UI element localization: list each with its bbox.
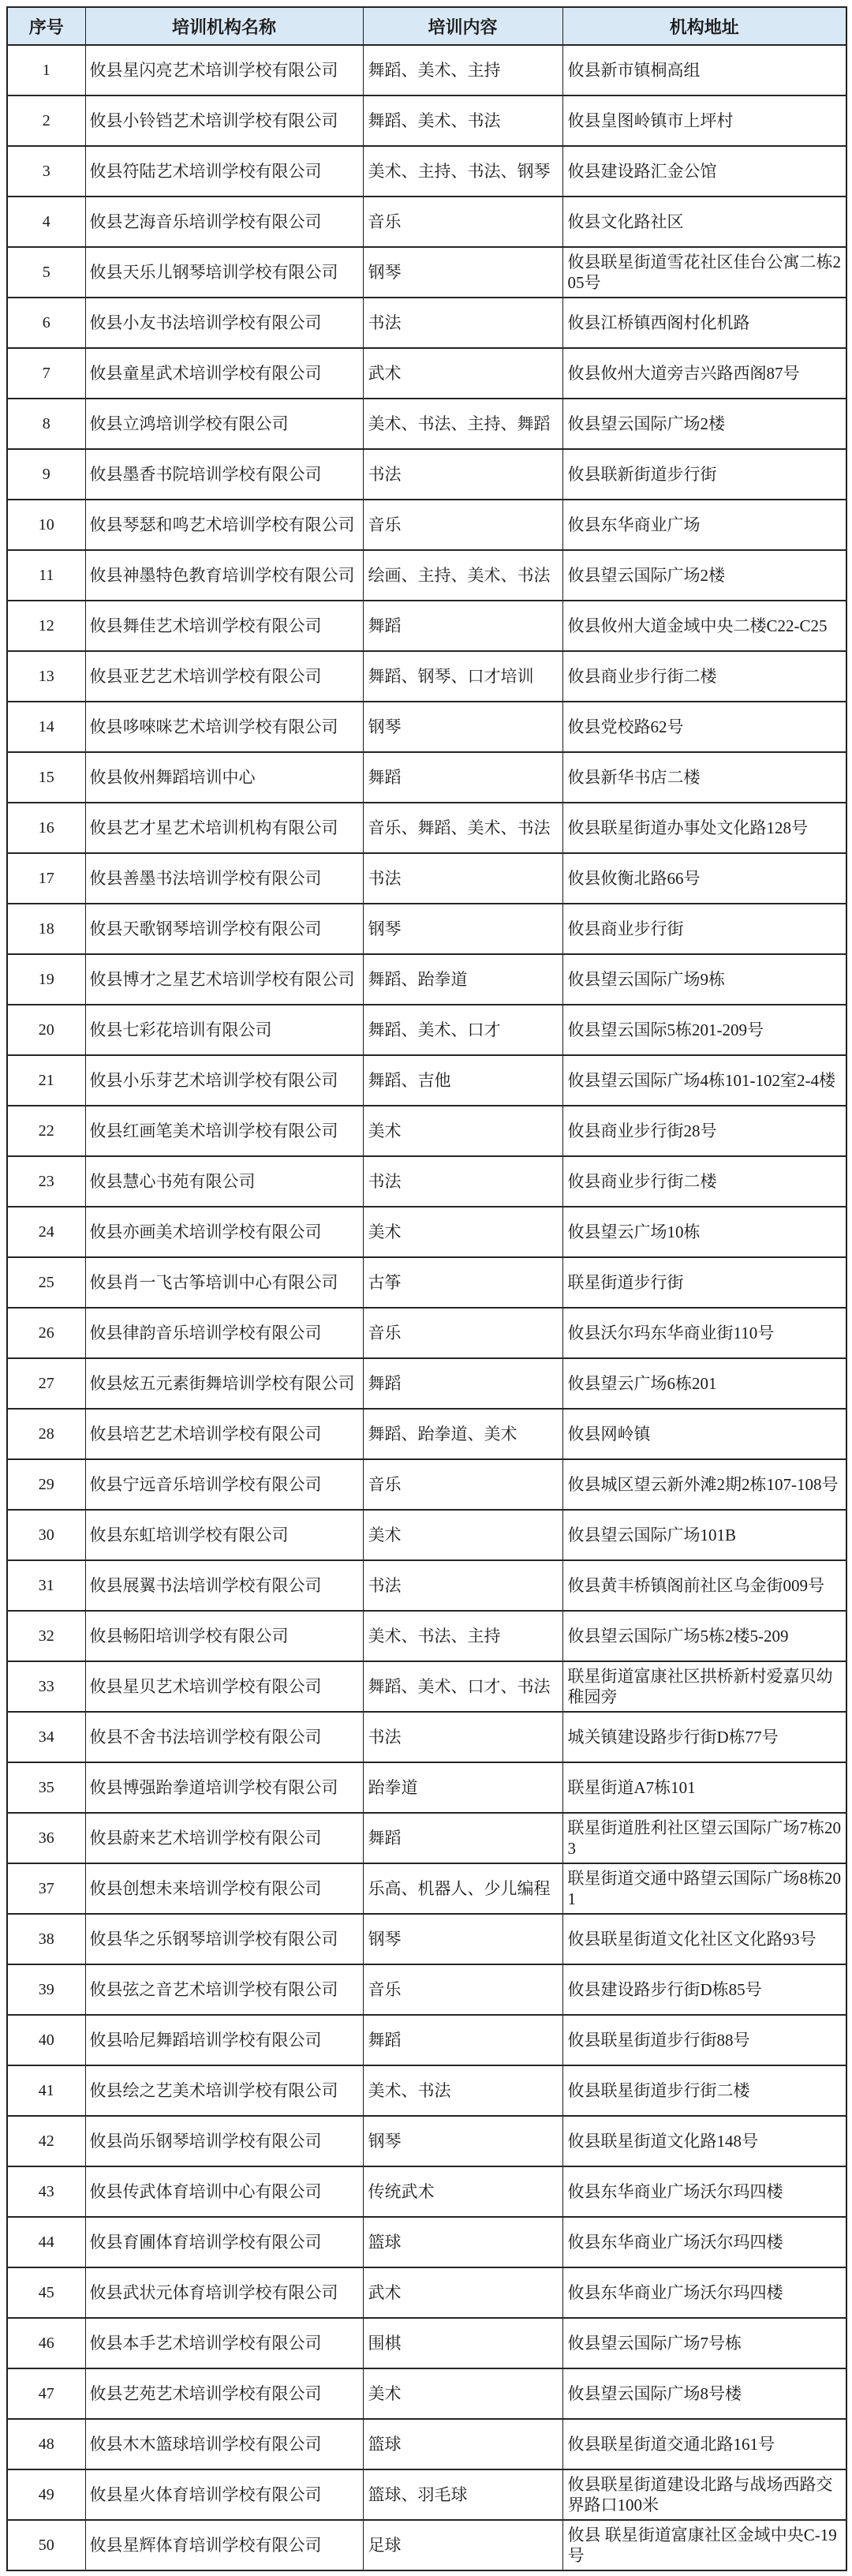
table-row: 6 攸县小友书法培训学校有限公司 书法 攸县江桥镇西阁村化机路	[7, 298, 846, 348]
training-content-cell: 舞蹈、美术、口才	[363, 1005, 562, 1055]
training-content-cell: 音乐、舞蹈、美术、书法	[363, 803, 562, 853]
table-row: 49 攸县星火体育培训学校有限公司 篮球、羽毛球 攸县联星街道建设北路与战场西路…	[7, 2469, 846, 2520]
institution-address-cell: 攸县网岭镇	[562, 1409, 846, 1459]
institution-address-cell: 联星街道富康社区拱桥新村爱嘉贝幼稚园旁	[562, 1661, 846, 1712]
row-index-cell: 16	[7, 803, 85, 853]
table-row: 15 攸县攸州舞蹈培训中心 舞蹈 攸县新华书店二楼	[7, 752, 846, 803]
table-row: 1 攸县星闪亮艺术培训学校有限公司 舞蹈、美术、主持 攸县新市镇桐高组	[7, 45, 846, 95]
table-row: 16 攸县艺才星艺术培训机构有限公司 音乐、舞蹈、美术、书法 攸县联星街道办事处…	[7, 803, 846, 853]
table-body: 1 攸县星闪亮艺术培训学校有限公司 舞蹈、美术、主持 攸县新市镇桐高组 2 攸县…	[7, 45, 846, 2570]
training-content-cell: 钢琴	[363, 1914, 562, 1964]
institution-address-cell: 攸县黄丰桥镇阁前社区乌金街009号	[562, 1560, 846, 1611]
training-content-cell: 美术、书法	[363, 2065, 562, 2116]
table-row: 32 攸县畅阳培训学校有限公司 美术、书法、主持 攸县望云国际广场5栋2楼5-2…	[7, 1611, 846, 1661]
training-content-cell: 书法	[363, 1560, 562, 1611]
institution-address-cell: 攸县商业步行街28号	[562, 1106, 846, 1156]
row-index-cell: 27	[7, 1358, 85, 1409]
institution-name-cell: 攸县畅阳培训学校有限公司	[85, 1611, 363, 1661]
institution-name-cell: 攸县博强跆拳道培训学校有限公司	[85, 1762, 363, 1813]
institution-name-cell: 攸县星闪亮艺术培训学校有限公司	[85, 45, 363, 95]
institution-name-cell: 攸县东虹培训学校有限公司	[85, 1510, 363, 1560]
institution-address-cell: 攸县联星街道文化路148号	[562, 2116, 846, 2166]
row-index-cell: 41	[7, 2065, 85, 2116]
row-index-cell: 21	[7, 1055, 85, 1106]
training-content-cell: 美术	[363, 1106, 562, 1156]
training-content-cell: 舞蹈、钢琴、口才培训	[363, 651, 562, 702]
row-index-cell: 33	[7, 1661, 85, 1712]
row-index-cell: 47	[7, 2368, 85, 2419]
row-index-cell: 42	[7, 2116, 85, 2166]
row-index-cell: 45	[7, 2267, 85, 2318]
table-row: 2 攸县小铃铛艺术培训学校有限公司 舞蹈、美术、书法 攸县皇图岭镇市上坪村	[7, 95, 846, 146]
training-content-cell: 音乐	[363, 500, 562, 550]
table-row: 37 攸县创想未来培训学校有限公司 乐高、机器人、少儿编程 联星街道交通中路望云…	[7, 1863, 846, 1914]
row-index-cell: 48	[7, 2419, 85, 2469]
training-content-cell: 美术、主持、书法、钢琴	[363, 146, 562, 197]
row-index-cell: 25	[7, 1257, 85, 1308]
training-content-cell: 书法	[363, 1712, 562, 1762]
page: 序号 培训机构名称 培训内容 机构地址 1 攸县星闪亮艺术培训学校有限公司 舞蹈…	[0, 0, 852, 2576]
institution-address-cell: 攸县商业步行街二楼	[562, 1156, 846, 1207]
institution-name-cell: 攸县艺才星艺术培训机构有限公司	[85, 803, 363, 853]
table-row: 38 攸县华之乐钢琴培训学校有限公司 钢琴 攸县联星街道文化社区文化路93号	[7, 1914, 846, 1964]
table-row: 40 攸县哈尼舞蹈培训学校有限公司 舞蹈 攸县联星街道步行街88号	[7, 2015, 846, 2065]
table-row: 31 攸县展翼书法培训学校有限公司 书法 攸县黄丰桥镇阁前社区乌金街009号	[7, 1560, 846, 1611]
row-index-cell: 26	[7, 1308, 85, 1358]
row-index-cell: 8	[7, 399, 85, 449]
institution-address-cell: 攸县联星街道雪花社区佳台公寓二栋205号	[562, 247, 846, 298]
training-content-cell: 乐高、机器人、少儿编程	[363, 1863, 562, 1914]
row-index-cell: 43	[7, 2166, 85, 2217]
training-content-cell: 音乐	[363, 1459, 562, 1510]
table-row: 14 攸县哆唻咪艺术培训学校有限公司 钢琴 攸县党校路62号	[7, 702, 846, 752]
training-content-cell: 武术	[363, 348, 562, 399]
row-index-cell: 20	[7, 1005, 85, 1055]
institution-name-cell: 攸县培艺艺术培训学校有限公司	[85, 1409, 363, 1459]
training-content-cell: 绘画、主持、美术、书法	[363, 550, 562, 601]
row-index-cell: 13	[7, 651, 85, 702]
institution-name-cell: 攸县华之乐钢琴培训学校有限公司	[85, 1914, 363, 1964]
table-row: 41 攸县绘之艺美术培训学校有限公司 美术、书法 攸县联星街道步行街二楼	[7, 2065, 846, 2116]
institution-name-cell: 攸县艺海音乐培训学校有限公司	[85, 197, 363, 247]
training-content-cell: 舞蹈	[363, 752, 562, 803]
row-index-cell: 37	[7, 1863, 85, 1914]
institution-name-cell: 攸县传武体育培训中心有限公司	[85, 2166, 363, 2217]
col-header-content: 培训内容	[363, 7, 562, 45]
training-content-cell: 篮球	[363, 2419, 562, 2469]
training-content-cell: 音乐	[363, 197, 562, 247]
institution-address-cell: 攸县望云广场10栋	[562, 1207, 846, 1257]
table-row: 42 攸县尚乐钢琴培训学校有限公司 钢琴 攸县联星街道文化路148号	[7, 2116, 846, 2166]
table-row: 9 攸县墨香书院培训学校有限公司 书法 攸县联新街道步行街	[7, 449, 846, 500]
table-header: 序号 培训机构名称 培训内容 机构地址	[7, 7, 846, 45]
institution-name-cell: 攸县展翼书法培训学校有限公司	[85, 1560, 363, 1611]
institution-name-cell: 攸县艺苑艺术培训学校有限公司	[85, 2368, 363, 2419]
institution-name-cell: 攸县弦之音艺术培训学校有限公司	[85, 1964, 363, 2015]
table-row: 12 攸县舞佳艺术培训学校有限公司 舞蹈 攸县攸州大道金域中央二楼C22-C25	[7, 601, 846, 651]
institution-name-cell: 攸县绘之艺美术培训学校有限公司	[85, 2065, 363, 2116]
training-content-cell: 跆拳道	[363, 1762, 562, 1813]
row-index-cell: 3	[7, 146, 85, 197]
institution-address-cell: 攸县东华商业广场沃尔玛四楼	[562, 2267, 846, 2318]
institution-address-cell: 攸县望云国际5栋201-209号	[562, 1005, 846, 1055]
row-index-cell: 36	[7, 1813, 85, 1863]
institution-address-cell: 攸县 联星街道富康社区金域中央C-19号	[562, 2520, 846, 2570]
row-index-cell: 23	[7, 1156, 85, 1207]
training-content-cell: 舞蹈	[363, 601, 562, 651]
institution-address-cell: 攸县联星街道文化社区文化路93号	[562, 1914, 846, 1964]
institution-address-cell: 攸县联星街道步行街二楼	[562, 2065, 846, 2116]
institution-name-cell: 攸县木木篮球培训学校有限公司	[85, 2419, 363, 2469]
table-row: 22 攸县红画笔美术培训学校有限公司 美术 攸县商业步行街28号	[7, 1106, 846, 1156]
institution-address-cell: 攸县望云国际广场101B	[562, 1510, 846, 1560]
institution-name-cell: 攸县创想未来培训学校有限公司	[85, 1863, 363, 1914]
institution-address-cell: 攸县联新街道步行街	[562, 449, 846, 500]
table-row: 8 攸县立鸿培训学校有限公司 美术、书法、主持、舞蹈 攸县望云国际广场2楼	[7, 399, 846, 449]
institution-address-cell: 攸县攸州大道旁吉兴路西阁87号	[562, 348, 846, 399]
table-row: 27 攸县炫五元素街舞培训学校有限公司 舞蹈 攸县望云广场6栋201	[7, 1358, 846, 1409]
row-index-cell: 30	[7, 1510, 85, 1560]
training-content-cell: 舞蹈、吉他	[363, 1055, 562, 1106]
row-index-cell: 10	[7, 500, 85, 550]
institution-name-cell: 攸县慧心书苑有限公司	[85, 1156, 363, 1207]
table-row: 20 攸县七彩花培训有限公司 舞蹈、美术、口才 攸县望云国际5栋201-209号	[7, 1005, 846, 1055]
institution-name-cell: 攸县博才之星艺术培训学校有限公司	[85, 954, 363, 1005]
table-row: 35 攸县博强跆拳道培训学校有限公司 跆拳道 联星街道A7栋101	[7, 1762, 846, 1813]
table-row: 33 攸县星贝艺术培训学校有限公司 舞蹈、美术、口才、书法 联星街道富康社区拱桥…	[7, 1661, 846, 1712]
training-content-cell: 舞蹈	[363, 1813, 562, 1863]
training-content-cell: 篮球、羽毛球	[363, 2469, 562, 2520]
institution-name-cell: 攸县武状元体育培训学校有限公司	[85, 2267, 363, 2318]
table-row: 24 攸县亦画美术培训学校有限公司 美术 攸县望云广场10栋	[7, 1207, 846, 1257]
table-row: 21 攸县小乐芽艺术培训学校有限公司 舞蹈、吉他 攸县望云国际广场4栋101-1…	[7, 1055, 846, 1106]
training-content-cell: 美术、书法、主持	[363, 1611, 562, 1661]
table-row: 17 攸县善墨书法培训学校有限公司 书法 攸县攸衡北路66号	[7, 853, 846, 904]
training-content-cell: 足球	[363, 2520, 562, 2570]
table-row: 7 攸县童星武术培训学校有限公司 武术 攸县攸州大道旁吉兴路西阁87号	[7, 348, 846, 399]
table-row: 50 攸县星辉体育培训学校有限公司 足球 攸县 联星街道富康社区金域中央C-19…	[7, 2520, 846, 2570]
table-row: 43 攸县传武体育培训中心有限公司 传统武术 攸县东华商业广场沃尔玛四楼	[7, 2166, 846, 2217]
institution-name-cell: 攸县肖一飞古筝培训中心有限公司	[85, 1257, 363, 1308]
table-row: 46 攸县本手艺术培训学校有限公司 围棋 攸县望云国际广场7号栋	[7, 2318, 846, 2368]
training-content-cell: 美术	[363, 2368, 562, 2419]
institution-name-cell: 攸县神墨特色教育培训学校有限公司	[85, 550, 363, 601]
institution-name-cell: 攸县墨香书院培训学校有限公司	[85, 449, 363, 500]
institution-address-cell: 攸县联星街道建设北路与战场西路交界路口100米	[562, 2469, 846, 2520]
institution-name-cell: 攸县红画笔美术培训学校有限公司	[85, 1106, 363, 1156]
institution-address-cell: 攸县东华商业广场	[562, 500, 846, 550]
row-index-cell: 44	[7, 2217, 85, 2267]
institution-name-cell: 攸县宁远音乐培训学校有限公司	[85, 1459, 363, 1510]
institution-name-cell: 攸县星贝艺术培训学校有限公司	[85, 1661, 363, 1712]
institution-name-cell: 攸县哆唻咪艺术培训学校有限公司	[85, 702, 363, 752]
row-index-cell: 29	[7, 1459, 85, 1510]
institution-name-cell: 攸县符陆艺术培训学校有限公司	[85, 146, 363, 197]
row-index-cell: 18	[7, 904, 85, 954]
institution-name-cell: 攸县星火体育培训学校有限公司	[85, 2469, 363, 2520]
training-content-cell: 舞蹈、跆拳道	[363, 954, 562, 1005]
col-header-address: 机构地址	[562, 7, 846, 45]
row-index-cell: 24	[7, 1207, 85, 1257]
row-index-cell: 15	[7, 752, 85, 803]
row-index-cell: 40	[7, 2015, 85, 2065]
institution-address-cell: 攸县望云广场6栋201	[562, 1358, 846, 1409]
institution-name-cell: 攸县小乐芽艺术培训学校有限公司	[85, 1055, 363, 1106]
institution-name-cell: 攸县本手艺术培训学校有限公司	[85, 2318, 363, 2368]
training-institutions-table: 序号 培训机构名称 培训内容 机构地址 1 攸县星闪亮艺术培训学校有限公司 舞蹈…	[6, 6, 847, 2571]
training-content-cell: 舞蹈	[363, 1358, 562, 1409]
row-index-cell: 7	[7, 348, 85, 399]
institution-name-cell: 攸县亚艺艺术培训学校有限公司	[85, 651, 363, 702]
training-content-cell: 美术	[363, 1510, 562, 1560]
header-row: 序号 培训机构名称 培训内容 机构地址	[7, 7, 846, 45]
institution-address-cell: 攸县商业步行街二楼	[562, 651, 846, 702]
table-row: 3 攸县符陆艺术培训学校有限公司 美术、主持、书法、钢琴 攸县建设路汇金公馆	[7, 146, 846, 197]
training-content-cell: 书法	[363, 853, 562, 904]
row-index-cell: 14	[7, 702, 85, 752]
training-content-cell: 传统武术	[363, 2166, 562, 2217]
row-index-cell: 4	[7, 197, 85, 247]
row-index-cell: 49	[7, 2469, 85, 2520]
institution-address-cell: 攸县沃尔玛东华商业街110号	[562, 1308, 846, 1358]
row-index-cell: 6	[7, 298, 85, 348]
training-content-cell: 舞蹈、美术、主持	[363, 45, 562, 95]
table-row: 23 攸县慧心书苑有限公司 书法 攸县商业步行街二楼	[7, 1156, 846, 1207]
row-index-cell: 19	[7, 954, 85, 1005]
table-row: 30 攸县东虹培训学校有限公司 美术 攸县望云国际广场101B	[7, 1510, 846, 1560]
institution-address-cell: 攸县联星街道步行街88号	[562, 2015, 846, 2065]
institution-address-cell: 攸县城区望云新外滩2期2栋107-108号	[562, 1459, 846, 1510]
row-index-cell: 2	[7, 95, 85, 146]
training-content-cell: 舞蹈、美术、书法	[363, 95, 562, 146]
institution-address-cell: 攸县望云国际广场5栋2楼5-209	[562, 1611, 846, 1661]
table-row: 34 攸县不舍书法培训学校有限公司 书法 城关镇建设路步行街D栋77号	[7, 1712, 846, 1762]
table-row: 11 攸县神墨特色教育培训学校有限公司 绘画、主持、美术、书法 攸县望云国际广场…	[7, 550, 846, 601]
institution-address-cell: 攸县东华商业广场沃尔玛四楼	[562, 2166, 846, 2217]
training-content-cell: 篮球	[363, 2217, 562, 2267]
institution-name-cell: 攸县攸州舞蹈培训中心	[85, 752, 363, 803]
table-row: 44 攸县育圃体育培训学校有限公司 篮球 攸县东华商业广场沃尔玛四楼	[7, 2217, 846, 2267]
institution-address-cell: 攸县建设路步行街D栋85号	[562, 1964, 846, 2015]
institution-name-cell: 攸县蔚来艺术培训学校有限公司	[85, 1813, 363, 1863]
institution-address-cell: 攸县望云国际广场2楼	[562, 399, 846, 449]
institution-name-cell: 攸县善墨书法培训学校有限公司	[85, 853, 363, 904]
row-index-cell: 11	[7, 550, 85, 601]
institution-address-cell: 联星街道交通中路望云国际广场8栋201	[562, 1863, 846, 1914]
row-index-cell: 32	[7, 1611, 85, 1661]
institution-name-cell: 攸县童星武术培训学校有限公司	[85, 348, 363, 399]
institution-name-cell: 攸县舞佳艺术培训学校有限公司	[85, 601, 363, 651]
institution-name-cell: 攸县小铃铛艺术培训学校有限公司	[85, 95, 363, 146]
institution-address-cell: 城关镇建设路步行街D栋77号	[562, 1712, 846, 1762]
institution-name-cell: 攸县育圃体育培训学校有限公司	[85, 2217, 363, 2267]
institution-name-cell: 攸县天乐儿钢琴培训学校有限公司	[85, 247, 363, 298]
col-header-index: 序号	[7, 7, 85, 45]
training-content-cell: 舞蹈	[363, 2015, 562, 2065]
row-index-cell: 35	[7, 1762, 85, 1813]
training-content-cell: 书法	[363, 1156, 562, 1207]
institution-address-cell: 攸县攸衡北路66号	[562, 853, 846, 904]
row-index-cell: 12	[7, 601, 85, 651]
institution-address-cell: 联星街道胜利社区望云国际广场7栋203	[562, 1813, 846, 1863]
institution-address-cell: 攸县党校路62号	[562, 702, 846, 752]
row-index-cell: 1	[7, 45, 85, 95]
institution-name-cell: 攸县小友书法培训学校有限公司	[85, 298, 363, 348]
institution-address-cell: 联星街道A7栋101	[562, 1762, 846, 1813]
institution-address-cell: 攸县东华商业广场沃尔玛四楼	[562, 2217, 846, 2267]
table-row: 28 攸县培艺艺术培训学校有限公司 舞蹈、跆拳道、美术 攸县网岭镇	[7, 1409, 846, 1459]
institution-name-cell: 攸县不舍书法培训学校有限公司	[85, 1712, 363, 1762]
institution-name-cell: 攸县七彩花培训有限公司	[85, 1005, 363, 1055]
institution-address-cell: 攸县建设路汇金公馆	[562, 146, 846, 197]
institution-name-cell: 攸县天歌钢琴培训学校有限公司	[85, 904, 363, 954]
table-row: 4 攸县艺海音乐培训学校有限公司 音乐 攸县文化路社区	[7, 197, 846, 247]
training-content-cell: 音乐	[363, 1964, 562, 2015]
row-index-cell: 34	[7, 1712, 85, 1762]
table-row: 18 攸县天歌钢琴培训学校有限公司 钢琴 攸县商业步行街	[7, 904, 846, 954]
training-content-cell: 音乐	[363, 1308, 562, 1358]
institution-address-cell: 攸县望云国际广场9栋	[562, 954, 846, 1005]
training-content-cell: 钢琴	[363, 247, 562, 298]
table-row: 25 攸县肖一飞古筝培训中心有限公司 古筝 联星街道步行街	[7, 1257, 846, 1308]
training-content-cell: 美术、书法、主持、舞蹈	[363, 399, 562, 449]
table-row: 5 攸县天乐儿钢琴培训学校有限公司 钢琴 攸县联星街道雪花社区佳台公寓二栋205…	[7, 247, 846, 298]
institution-name-cell: 攸县哈尼舞蹈培训学校有限公司	[85, 2015, 363, 2065]
institution-address-cell: 攸县商业步行街	[562, 904, 846, 954]
institution-address-cell: 攸县联星街道办事处文化路128号	[562, 803, 846, 853]
training-content-cell: 武术	[363, 2267, 562, 2318]
institution-address-cell: 攸县攸州大道金域中央二楼C22-C25	[562, 601, 846, 651]
institution-name-cell: 攸县立鸿培训学校有限公司	[85, 399, 363, 449]
training-content-cell: 舞蹈、美术、口才、书法	[363, 1661, 562, 1712]
training-content-cell: 钢琴	[363, 904, 562, 954]
table-row: 26 攸县律韵音乐培训学校有限公司 音乐 攸县沃尔玛东华商业街110号	[7, 1308, 846, 1358]
training-content-cell: 古筝	[363, 1257, 562, 1308]
row-index-cell: 17	[7, 853, 85, 904]
table-row: 45 攸县武状元体育培训学校有限公司 武术 攸县东华商业广场沃尔玛四楼	[7, 2267, 846, 2318]
training-content-cell: 书法	[363, 298, 562, 348]
training-content-cell: 书法	[363, 449, 562, 500]
institution-address-cell: 攸县望云国际广场4栋101-102室2-4楼	[562, 1055, 846, 1106]
training-content-cell: 围棋	[363, 2318, 562, 2368]
table-row: 19 攸县博才之星艺术培训学校有限公司 舞蹈、跆拳道 攸县望云国际广场9栋	[7, 954, 846, 1005]
institution-address-cell: 攸县新华书店二楼	[562, 752, 846, 803]
institution-address-cell: 攸县望云国际广场7号栋	[562, 2318, 846, 2368]
row-index-cell: 38	[7, 1914, 85, 1964]
institution-address-cell: 攸县文化路社区	[562, 197, 846, 247]
row-index-cell: 31	[7, 1560, 85, 1611]
training-content-cell: 舞蹈、跆拳道、美术	[363, 1409, 562, 1459]
institution-name-cell: 攸县炫五元素街舞培训学校有限公司	[85, 1358, 363, 1409]
institution-name-cell: 攸县琴瑟和鸣艺术培训学校有限公司	[85, 500, 363, 550]
table-row: 48 攸县木木篮球培训学校有限公司 篮球 攸县联星街道交通北路161号	[7, 2419, 846, 2469]
institution-address-cell: 攸县联星街道交通北路161号	[562, 2419, 846, 2469]
table-row: 13 攸县亚艺艺术培训学校有限公司 舞蹈、钢琴、口才培训 攸县商业步行街二楼	[7, 651, 846, 702]
institution-name-cell: 攸县律韵音乐培训学校有限公司	[85, 1308, 363, 1358]
institution-address-cell: 攸县江桥镇西阁村化机路	[562, 298, 846, 348]
row-index-cell: 28	[7, 1409, 85, 1459]
row-index-cell: 22	[7, 1106, 85, 1156]
training-content-cell: 美术	[363, 1207, 562, 1257]
table-row: 39 攸县弦之音艺术培训学校有限公司 音乐 攸县建设路步行街D栋85号	[7, 1964, 846, 2015]
row-index-cell: 5	[7, 247, 85, 298]
institution-address-cell: 攸县望云国际广场8号楼	[562, 2368, 846, 2419]
row-index-cell: 46	[7, 2318, 85, 2368]
institution-address-cell: 攸县皇图岭镇市上坪村	[562, 95, 846, 146]
institution-name-cell: 攸县亦画美术培训学校有限公司	[85, 1207, 363, 1257]
row-index-cell: 9	[7, 449, 85, 500]
institution-name-cell: 攸县星辉体育培训学校有限公司	[85, 2520, 363, 2570]
institution-address-cell: 攸县望云国际广场2楼	[562, 550, 846, 601]
training-content-cell: 钢琴	[363, 2116, 562, 2166]
institution-address-cell: 联星街道步行街	[562, 1257, 846, 1308]
table-row: 10 攸县琴瑟和鸣艺术培训学校有限公司 音乐 攸县东华商业广场	[7, 500, 846, 550]
table-row: 29 攸县宁远音乐培训学校有限公司 音乐 攸县城区望云新外滩2期2栋107-10…	[7, 1459, 846, 1510]
institution-name-cell: 攸县尚乐钢琴培训学校有限公司	[85, 2116, 363, 2166]
institution-address-cell: 攸县新市镇桐高组	[562, 45, 846, 95]
training-content-cell: 钢琴	[363, 702, 562, 752]
row-index-cell: 50	[7, 2520, 85, 2570]
table-row: 47 攸县艺苑艺术培训学校有限公司 美术 攸县望云国际广场8号楼	[7, 2368, 846, 2419]
row-index-cell: 39	[7, 1964, 85, 2015]
table-row: 36 攸县蔚来艺术培训学校有限公司 舞蹈 联星街道胜利社区望云国际广场7栋203	[7, 1813, 846, 1863]
col-header-name: 培训机构名称	[85, 7, 363, 45]
